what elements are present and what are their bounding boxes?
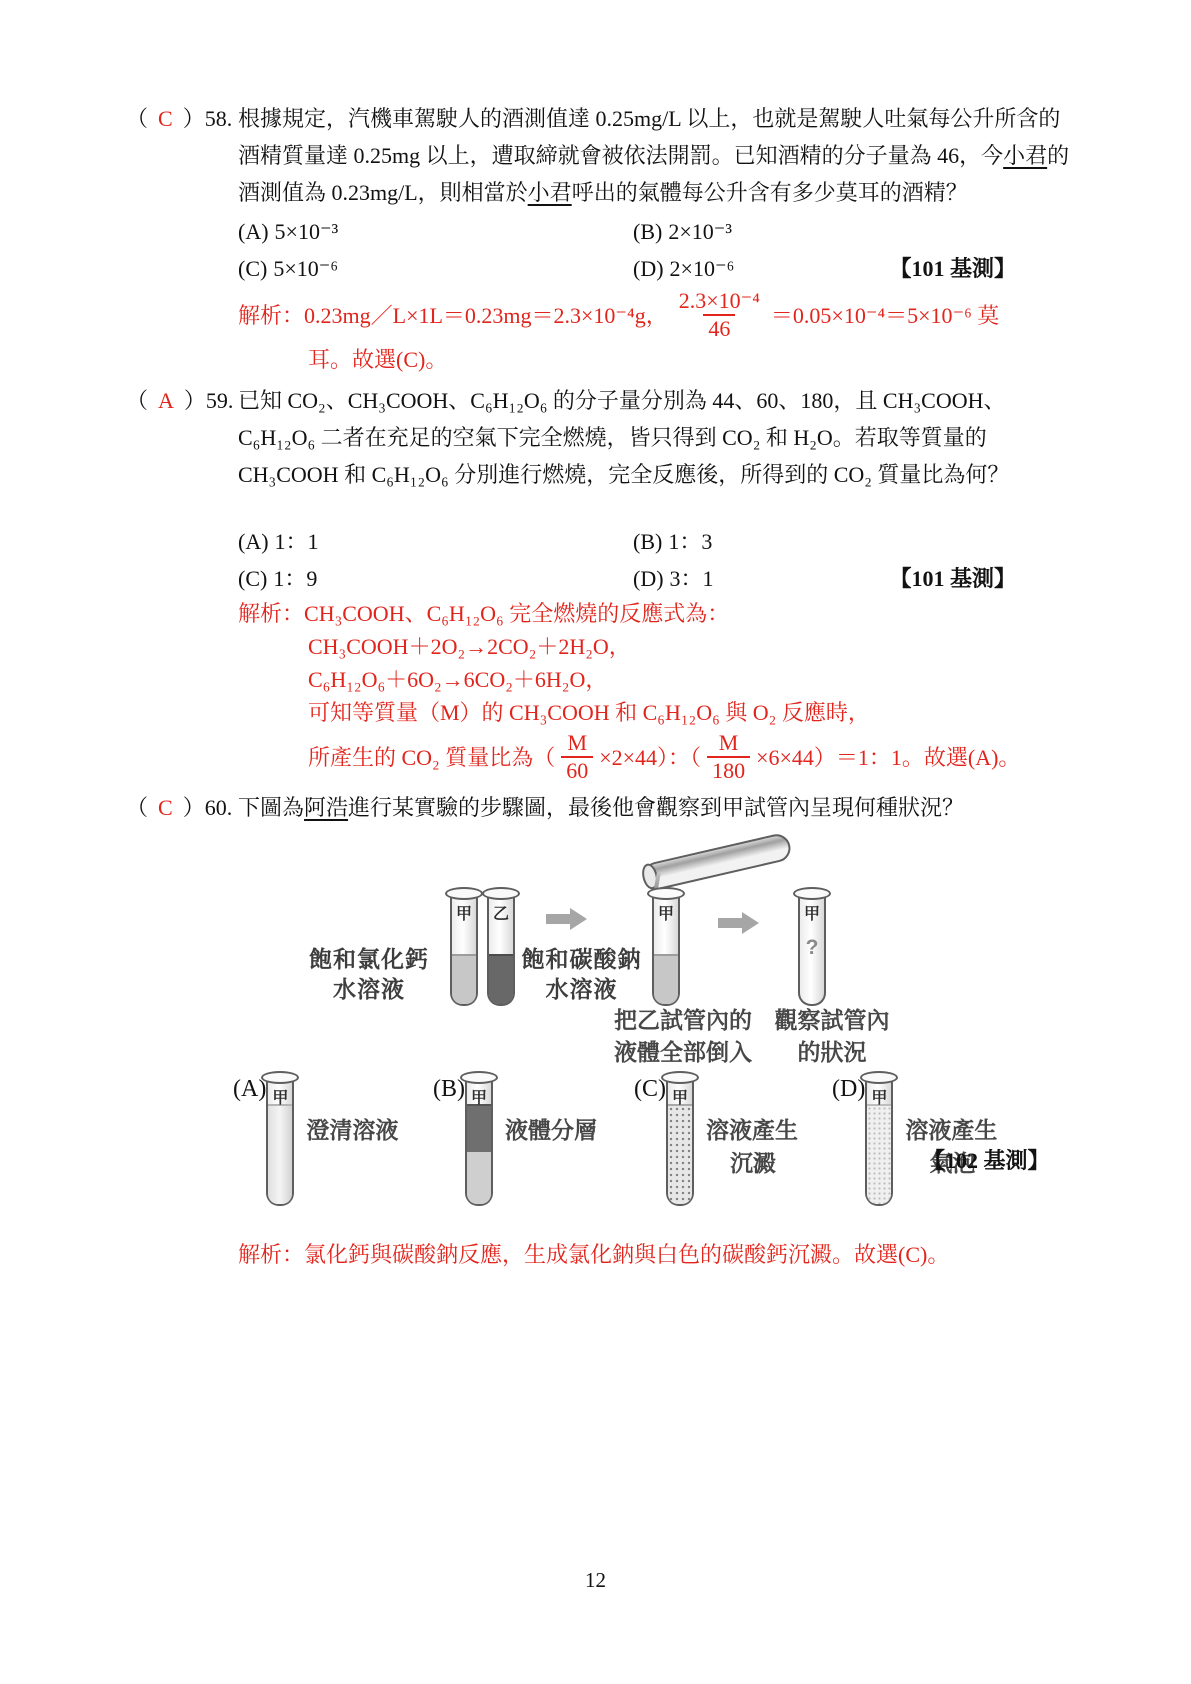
option-letter: (D) <box>633 566 664 591</box>
option-tube-bubbles: 甲 <box>865 1078 893 1206</box>
option-label: 液體分層 <box>505 1114 597 1206</box>
answer-letter-60: C <box>148 795 183 820</box>
option-value: 1：9 <box>273 566 317 591</box>
step-arrow-1 <box>546 908 588 930</box>
paren-close: ） <box>183 795 205 820</box>
option-tube-layers: 甲 <box>465 1078 493 1206</box>
explanation-text: ×2×44）：（ <box>599 741 701 774</box>
explanation-text: 0.23mg／L×1L＝0.23mg＝2.3×10⁻⁴g， <box>304 299 668 332</box>
label-line: 飽和碳酸鈉 <box>504 944 659 974</box>
source-tag-58: 【101 基測】 <box>889 250 1016 287</box>
question-60-header: （C）60. 下圖為阿浩進行某實驗的步驟圖，最後他會觀察到甲試管內呈現何種狀況？ <box>126 789 1076 826</box>
option-58-A: (A)5×10⁻³ <box>238 213 633 250</box>
answer-box-58: （C）58. <box>126 100 238 211</box>
caption-line: 把乙試管內的 <box>588 1004 778 1036</box>
option-value: 1：1 <box>275 529 319 554</box>
tube-rim <box>482 887 520 900</box>
option-letter: (D) <box>633 256 664 281</box>
fraction-denominator: 60 <box>561 756 593 784</box>
fraction-denominator: 46 <box>703 314 735 342</box>
label-line: 水溶液 <box>504 974 659 1004</box>
option-label: 澄清溶液 <box>306 1114 398 1206</box>
tube-label: 甲 <box>652 901 680 924</box>
source-tag-60: 【102 基測】 <box>923 1144 1050 1175</box>
page-number: 12 <box>0 1568 1191 1593</box>
question-59-header: （A）59. 已知 CO₂、CH₃COOH、C₆H₁₂O₆ 的分子量分別為 44… <box>126 382 1076 493</box>
explanation-text: 氯化鈣與碳酸鈉反應，生成氯化鈉與白色的碳酸鈣沉澱。故選(C)。 <box>304 1238 949 1271</box>
answer-letter-59: A <box>148 388 184 413</box>
option-label-line: 沉澱 <box>706 1147 798 1180</box>
explanation-label: 解析： <box>238 299 304 332</box>
option-60-B: (B) 甲 液體分層 <box>433 1074 597 1206</box>
paren-open: （ <box>126 388 148 413</box>
question-60-text: 下圖為阿浩進行某實驗的步驟圖，最後他會觀察到甲試管內呈現何種狀況？ <box>238 789 1076 826</box>
option-value: 5×10⁻⁶ <box>273 256 338 281</box>
option-value: 2×10⁻³ <box>668 219 732 244</box>
option-tube-clear: 甲 <box>266 1078 294 1206</box>
question-number-58: 58. <box>205 106 233 131</box>
tube-liquid-light <box>654 954 678 1004</box>
explanation-text: 耳。故選(C)。 <box>308 343 447 376</box>
answer-box-59: （A）59. <box>126 382 238 493</box>
options-59: (A)1：1 (B)1：3 (C)1：9 (D)3：1 【101 基測】 <box>238 523 1076 597</box>
option-value: 1：3 <box>668 529 712 554</box>
label-line: 飽和氯化鈣 <box>294 944 444 974</box>
tube-label: 甲 <box>865 1085 893 1108</box>
option-60-D: (D) 甲 溶液產生 氣泡 <box>832 1074 997 1206</box>
chemical-equation: CH₃COOH＋2O₂→2CO₂＋2H₂O， <box>308 630 631 663</box>
tube-label: 甲 <box>465 1085 493 1108</box>
step-arrow-2 <box>718 912 760 934</box>
option-letter: (D) <box>832 1074 865 1206</box>
options-58: (A)5×10⁻³ (B)2×10⁻³ (C)5×10⁻⁶ (D)2×10⁻⁶ … <box>238 213 1076 287</box>
question-number-60: 60. <box>205 795 233 820</box>
tube-rim <box>793 887 831 900</box>
tube-rim <box>445 887 483 900</box>
test-tube-jia-step2: 甲 <box>652 894 680 1006</box>
label-cacl2-solution: 飽和氯化鈣 水溶液 <box>294 944 444 1004</box>
option-59-B: (B)1：3 <box>633 523 1076 560</box>
tube-label: 甲 <box>450 901 478 924</box>
test-tube-jia-step3: 甲 ? <box>798 894 826 1006</box>
option-label-line: 液體分層 <box>505 1114 597 1147</box>
tube-label: 甲 <box>266 1085 294 1108</box>
pouring-tube <box>641 831 793 892</box>
option-label-line: 溶液產生 <box>706 1114 798 1147</box>
tube-liquid-bubbles <box>867 1104 891 1204</box>
question-58: （C）58. 根據規定，汽機車駕駛人的酒測值達 0.25mg/L 以上，也就是駕… <box>126 100 1076 376</box>
tube-label: 甲 <box>666 1085 694 1108</box>
option-letter: (A) <box>238 219 269 244</box>
option-value: 2×10⁻⁶ <box>670 256 735 281</box>
explanation-text: ＝0.05×10⁻⁴＝5×10⁻⁶ 莫 <box>771 299 999 332</box>
caption-line: 液體全部倒入 <box>588 1036 778 1068</box>
tube-rim <box>460 1071 498 1084</box>
paren-close: ） <box>183 106 205 131</box>
tube-rim <box>647 887 685 900</box>
tube-liquid-clear <box>268 1104 292 1204</box>
option-label-line: 溶液產生 <box>905 1114 997 1147</box>
source-tag-59: 【101 基測】 <box>889 560 1016 597</box>
fraction-numerator: M <box>562 730 592 756</box>
exam-page: （C）58. 根據規定，汽機車駕駛人的酒測值達 0.25mg/L 以上，也就是駕… <box>0 0 1191 1684</box>
option-letter: (B) <box>633 529 662 554</box>
test-tube-jia-step1: 甲 <box>450 894 478 1006</box>
explanation-59: 解析： CH₃COOH、C₆H₁₂O₆ 完全燃燒的反應式為： CH₃COOH＋2… <box>238 597 1076 785</box>
fraction-numerator: M <box>714 730 744 756</box>
option-letter: (B) <box>633 219 662 244</box>
fraction-numerator: 2.3×10⁻⁴ <box>674 288 765 314</box>
question-number-59: 59. <box>206 388 234 413</box>
fraction: M180 <box>707 730 750 785</box>
explanation-label: 解析： <box>238 597 304 630</box>
tube-label: 乙 <box>487 901 515 924</box>
explanation-text: 所產生的 CO₂ 質量比為（ <box>308 741 555 774</box>
label-na2co3-solution: 飽和碳酸鈉 水溶液 <box>504 944 659 1004</box>
explanation-text: CH₃COOH、C₆H₁₂O₆ 完全燃燒的反應式為： <box>304 597 729 630</box>
option-label: 溶液產生 沉澱 <box>706 1114 798 1206</box>
option-59-A: (A)1：1 <box>238 523 633 560</box>
question-58-header: （C）58. 根據規定，汽機車駕駛人的酒測值達 0.25mg/L 以上，也就是駕… <box>126 100 1076 211</box>
option-value: 3：1 <box>670 566 714 591</box>
option-label-line: 澄清溶液 <box>306 1114 398 1147</box>
tube-liquid-light <box>452 954 476 1004</box>
option-letter: (A) <box>238 529 269 554</box>
explanation-label: 解析： <box>238 1238 304 1271</box>
caption-line: 的狀況 <box>752 1036 912 1068</box>
option-60-C: (C) 甲 溶液產生 沉澱 <box>634 1074 798 1206</box>
chemical-equation: C₆H₁₂O₆＋6O₂→6CO₂＋6H₂O， <box>308 663 607 696</box>
tube-liquid-precipitate <box>668 1104 692 1204</box>
paren-open: （ <box>126 795 148 820</box>
option-tube-precipitate: 甲 <box>666 1078 694 1206</box>
tube-rim <box>661 1071 699 1084</box>
fraction: M60 <box>561 730 593 785</box>
question-59: （A）59. 已知 CO₂、CH₃COOH、C₆H₁₂O₆ 的分子量分別為 44… <box>126 382 1076 785</box>
option-value: 5×10⁻³ <box>275 219 339 244</box>
label-line: 水溶液 <box>294 974 444 1004</box>
fraction-denominator: 180 <box>707 756 750 784</box>
paren-close: ） <box>184 388 206 413</box>
question-59-text: 已知 CO₂、CH₃COOH、C₆H₁₂O₆ 的分子量分別為 44、60、180… <box>238 382 1076 493</box>
answer-box-60: （C）60. <box>126 789 238 826</box>
option-60-A: (A) 甲 澄清溶液 <box>233 1074 398 1206</box>
paren-open: （ <box>126 106 148 131</box>
experiment-diagram: 飽和氯化鈣 水溶液 甲 乙 飽和碳酸鈉 水溶液 <box>126 826 1126 1078</box>
explanation-58: 解析： 0.23mg／L×1L＝0.23mg＝2.3×10⁻⁴g， 2.3×10… <box>238 287 1076 376</box>
question-58-text: 根據規定，汽機車駕駛人的酒測值達 0.25mg/L 以上，也就是駕駛人吐氣每公升… <box>238 100 1076 211</box>
tube-liquid-lower <box>467 1150 491 1204</box>
option-letter: (C) <box>238 566 267 591</box>
fraction: 2.3×10⁻⁴46 <box>674 288 765 343</box>
options-60: (A) 甲 澄清溶液 (B) <box>126 1074 1126 1224</box>
option-58-B: (B)2×10⁻³ <box>633 213 1076 250</box>
option-59-C: (C)1：9 <box>238 560 633 597</box>
explanation-text: ×6×44）＝1：1。故選(A)。 <box>756 741 1020 774</box>
question-60: （C）60. 下圖為阿浩進行某實驗的步驟圖，最後他會觀察到甲試管內呈現何種狀況？… <box>126 789 1076 1271</box>
explanation-text: 可知等質量（M）的 CH₃COOH 和 C₆H₁₂O₆ 與 O₂ 反應時， <box>308 696 870 729</box>
option-58-C: (C)5×10⁻⁶ <box>238 250 633 287</box>
caption-line: 觀察試管內 <box>752 1004 912 1036</box>
answer-letter-58: C <box>148 106 183 131</box>
caption-pour: 把乙試管內的 液體全部倒入 <box>588 1004 778 1068</box>
option-letter: (C) <box>634 1074 666 1206</box>
explanation-60: 解析： 氯化鈣與碳酸鈉反應，生成氯化鈉與白色的碳酸鈣沉澱。故選(C)。 <box>238 1238 1076 1271</box>
tube-liquid-upper-layer <box>467 1104 491 1153</box>
option-letter: (A) <box>233 1074 266 1206</box>
option-letter: (B) <box>433 1074 465 1206</box>
option-letter: (C) <box>238 256 267 281</box>
caption-observe: 觀察試管內 的狀況 <box>752 1004 912 1068</box>
question-mark: ? <box>798 936 826 960</box>
tube-label: 甲 <box>798 901 826 924</box>
